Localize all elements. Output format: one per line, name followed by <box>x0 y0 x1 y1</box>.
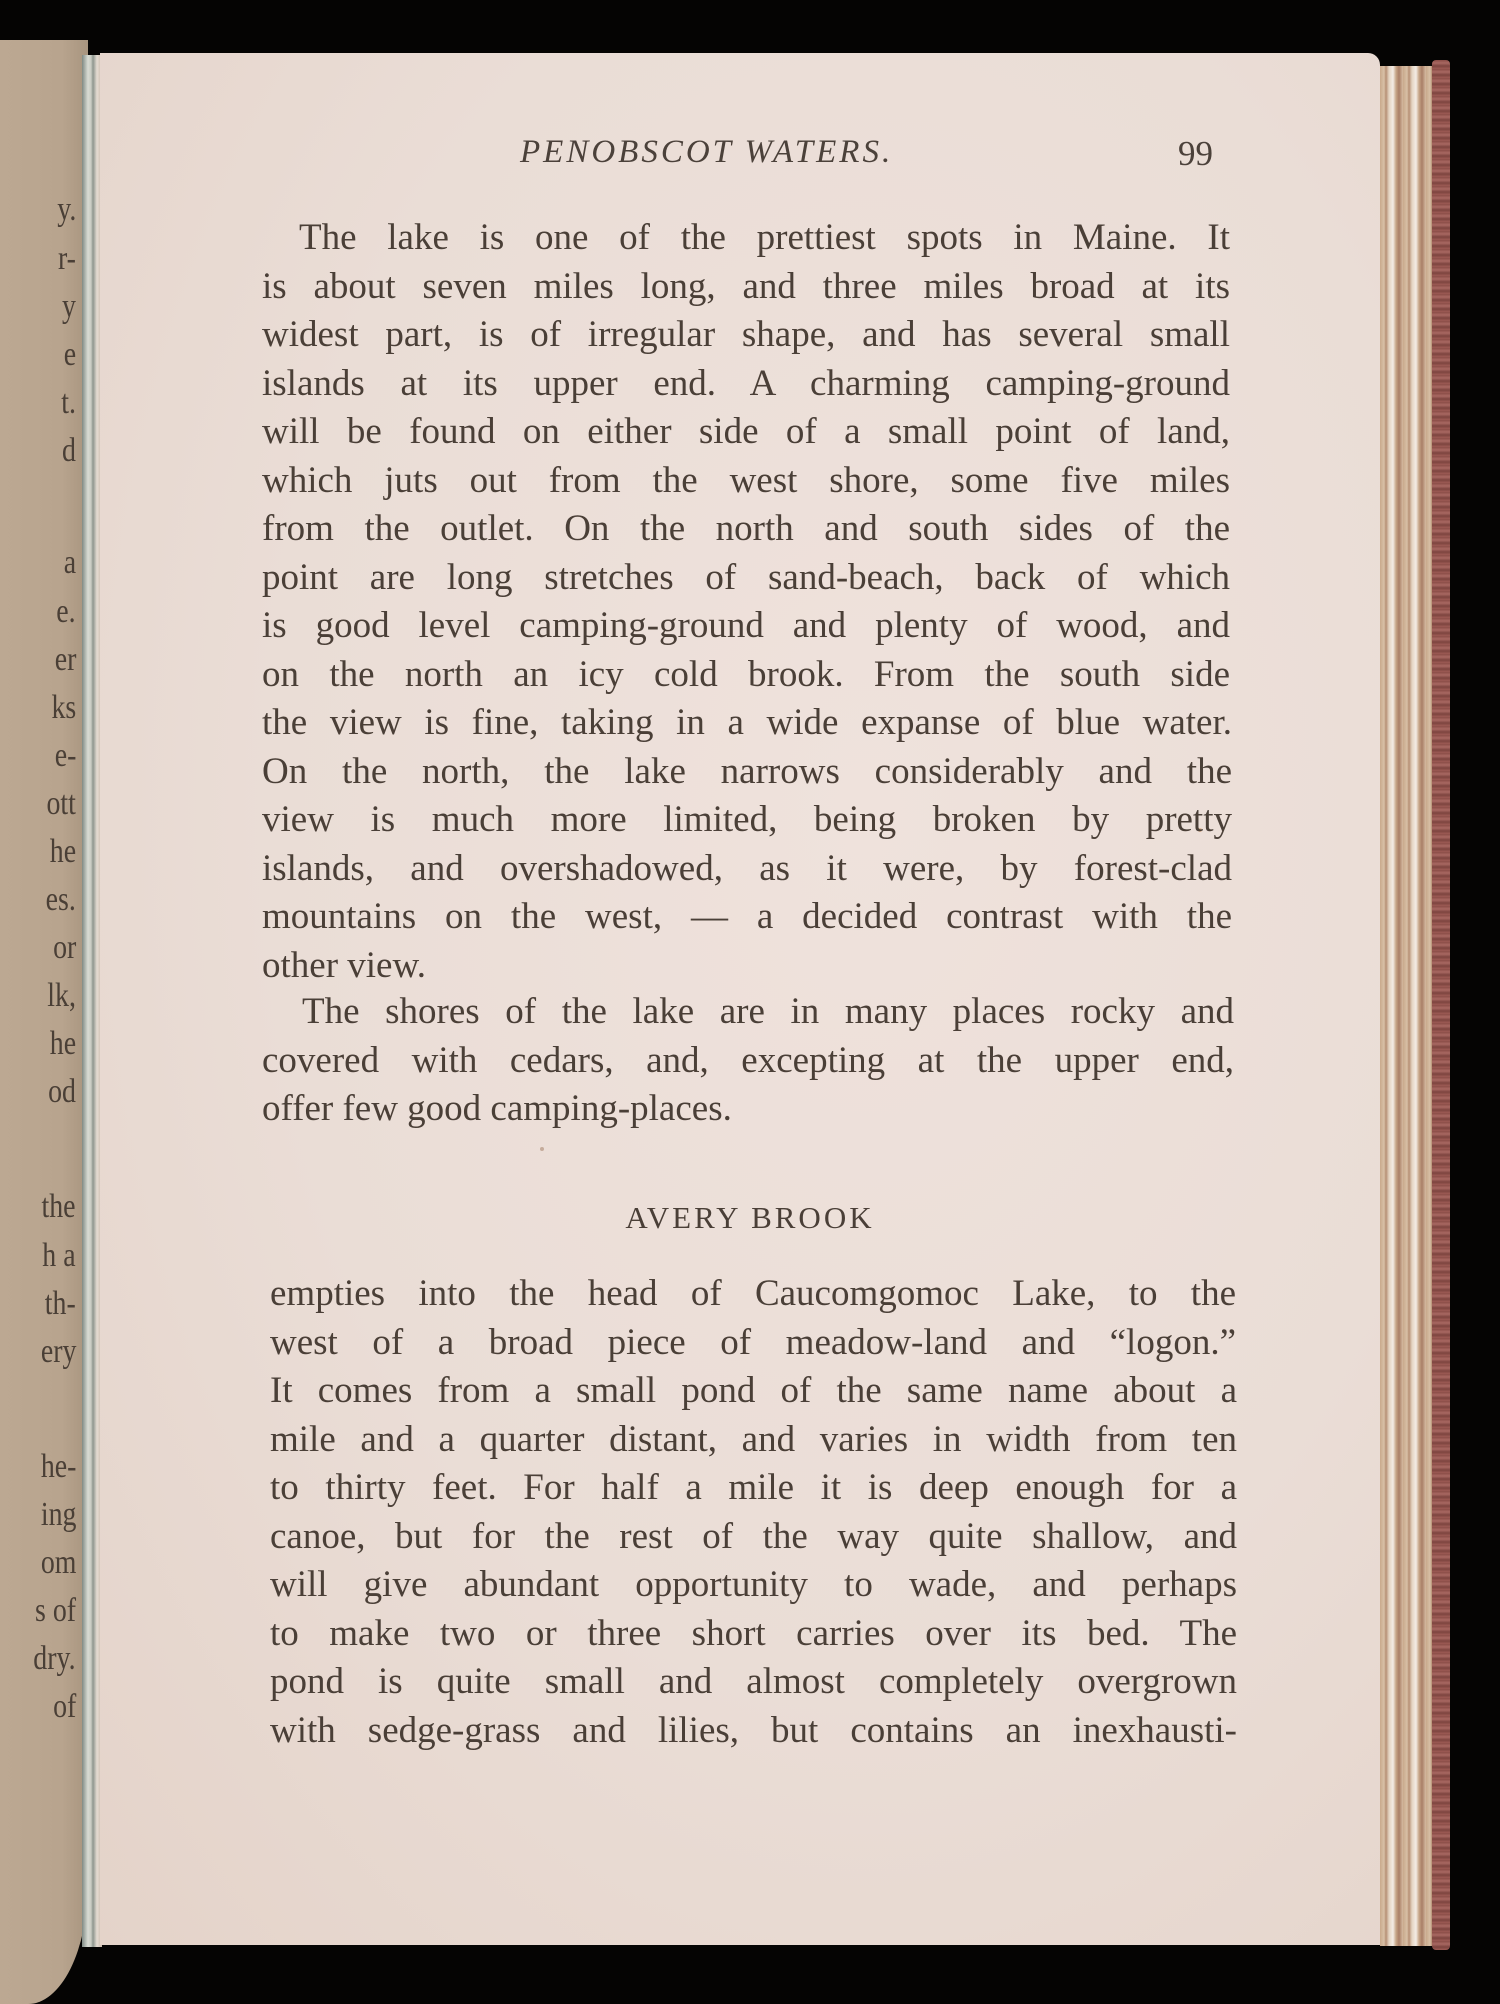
text-line: on the north an icy cold brook. From the… <box>262 651 1230 699</box>
left-page-fragment: er <box>54 643 76 677</box>
book-gutter <box>82 55 102 1947</box>
left-page-fragment: e- <box>54 739 76 773</box>
left-page-fragment: th- <box>45 1287 76 1321</box>
text-line: other view. <box>262 942 426 990</box>
running-head: PENOBSCOT WATERS. 99 <box>520 134 1280 174</box>
left-page-fragment: dry. <box>34 1642 76 1676</box>
text-line: west of a broad piece of meadow-land and… <box>270 1319 1236 1367</box>
left-page-fragment: om <box>40 1546 76 1580</box>
left-page-fragment: or <box>53 931 76 965</box>
left-page-fragment: s of <box>35 1594 76 1628</box>
text-line: the view is fine, taking in a wide expan… <box>262 699 1232 747</box>
text-line: with sedge-grass and lilies, but contain… <box>270 1707 1237 1755</box>
text-line: It comes from a small pond of the same n… <box>270 1367 1237 1415</box>
text-line: islands, and overshadowed, as it were, b… <box>262 845 1232 893</box>
left-page-fragment: he <box>50 1027 76 1061</box>
text-line: canoe, but for the rest of the way quite… <box>270 1513 1237 1561</box>
left-page-fragment: h a <box>43 1239 76 1273</box>
left-page-fragment: od <box>48 1075 76 1109</box>
text-line: covered with cedars, and, excepting at t… <box>262 1037 1234 1085</box>
text-line: mountains on the west, — a decided contr… <box>262 893 1232 941</box>
left-page-fragment: e <box>64 338 76 372</box>
left-page-fragment: y. <box>57 193 76 227</box>
text-line: islands at its upper end. A charming cam… <box>262 360 1230 408</box>
left-page: y. r- y e t. d a e. er ks e- ott he es. … <box>0 40 88 2004</box>
left-page-fragment: d <box>62 434 76 468</box>
section-2-text: empties into the head of Caucomgomoc Lak… <box>270 1270 1238 1770</box>
book-cover-edge <box>1432 60 1450 1950</box>
text-line: will give abundant opportunity to wade, … <box>270 1561 1237 1609</box>
running-head-title: PENOBSCOT WATERS. <box>520 134 893 171</box>
left-page-fragment: ott <box>47 787 76 821</box>
paper-speck <box>540 1147 544 1151</box>
left-page-fragment: he <box>50 835 76 869</box>
page-number: 99 <box>1178 134 1213 174</box>
left-page-fragment: ks <box>51 691 76 725</box>
text-line: point are long stretches of sand-beach, … <box>262 554 1230 602</box>
text-line: which juts out from the west shore, some… <box>262 457 1230 505</box>
left-page-fragment: lk, <box>47 979 76 1013</box>
text-line: is about seven miles long, and three mil… <box>262 263 1230 311</box>
left-page-fragment: r- <box>58 242 76 276</box>
text-line: to thirty feet. For half a mile it is de… <box>270 1464 1237 1512</box>
left-page-fragment: a <box>64 546 76 580</box>
left-page-fragment: t. <box>61 386 76 420</box>
text-line: The lake is one of the prettiest spots i… <box>299 214 1230 262</box>
text-line: On the north, the lake narrows considera… <box>262 748 1232 796</box>
text-line: pond is quite small and almost completel… <box>270 1658 1237 1706</box>
left-page-fragment: he- <box>40 1450 76 1484</box>
text-line: widest part, is of irregular shape, and … <box>262 311 1230 359</box>
left-page-fragment: ery <box>40 1335 76 1369</box>
text-line: view is much more limited, being broken … <box>262 796 1232 844</box>
text-line: is good level camping-ground and plenty … <box>262 602 1230 650</box>
section-1-text: The lake is one of the prettiest spots i… <box>262 214 1230 1134</box>
text-line: empties into the head of Caucomgomoc Lak… <box>270 1270 1236 1318</box>
text-line: The shores of the lake are in many place… <box>302 988 1234 1036</box>
left-page-fragment: of <box>53 1690 76 1724</box>
text-line: to make two or three short carries over … <box>270 1610 1237 1658</box>
left-page-fragment: e. <box>57 595 76 629</box>
left-page-fragment: es. <box>46 883 76 917</box>
left-page-fragment: the <box>42 1190 76 1224</box>
left-page-fragment: y <box>62 290 76 324</box>
text-line: offer few good camping-places. <box>262 1085 732 1133</box>
text-line: will be found on either side of a small … <box>262 408 1230 456</box>
section-heading: AVERY BROOK <box>600 1200 900 1236</box>
text-line: from the outlet. On the north and south … <box>262 505 1230 553</box>
left-page-fragment: ing <box>40 1498 76 1532</box>
text-line: mile and a quarter distant, and varies i… <box>270 1416 1237 1464</box>
